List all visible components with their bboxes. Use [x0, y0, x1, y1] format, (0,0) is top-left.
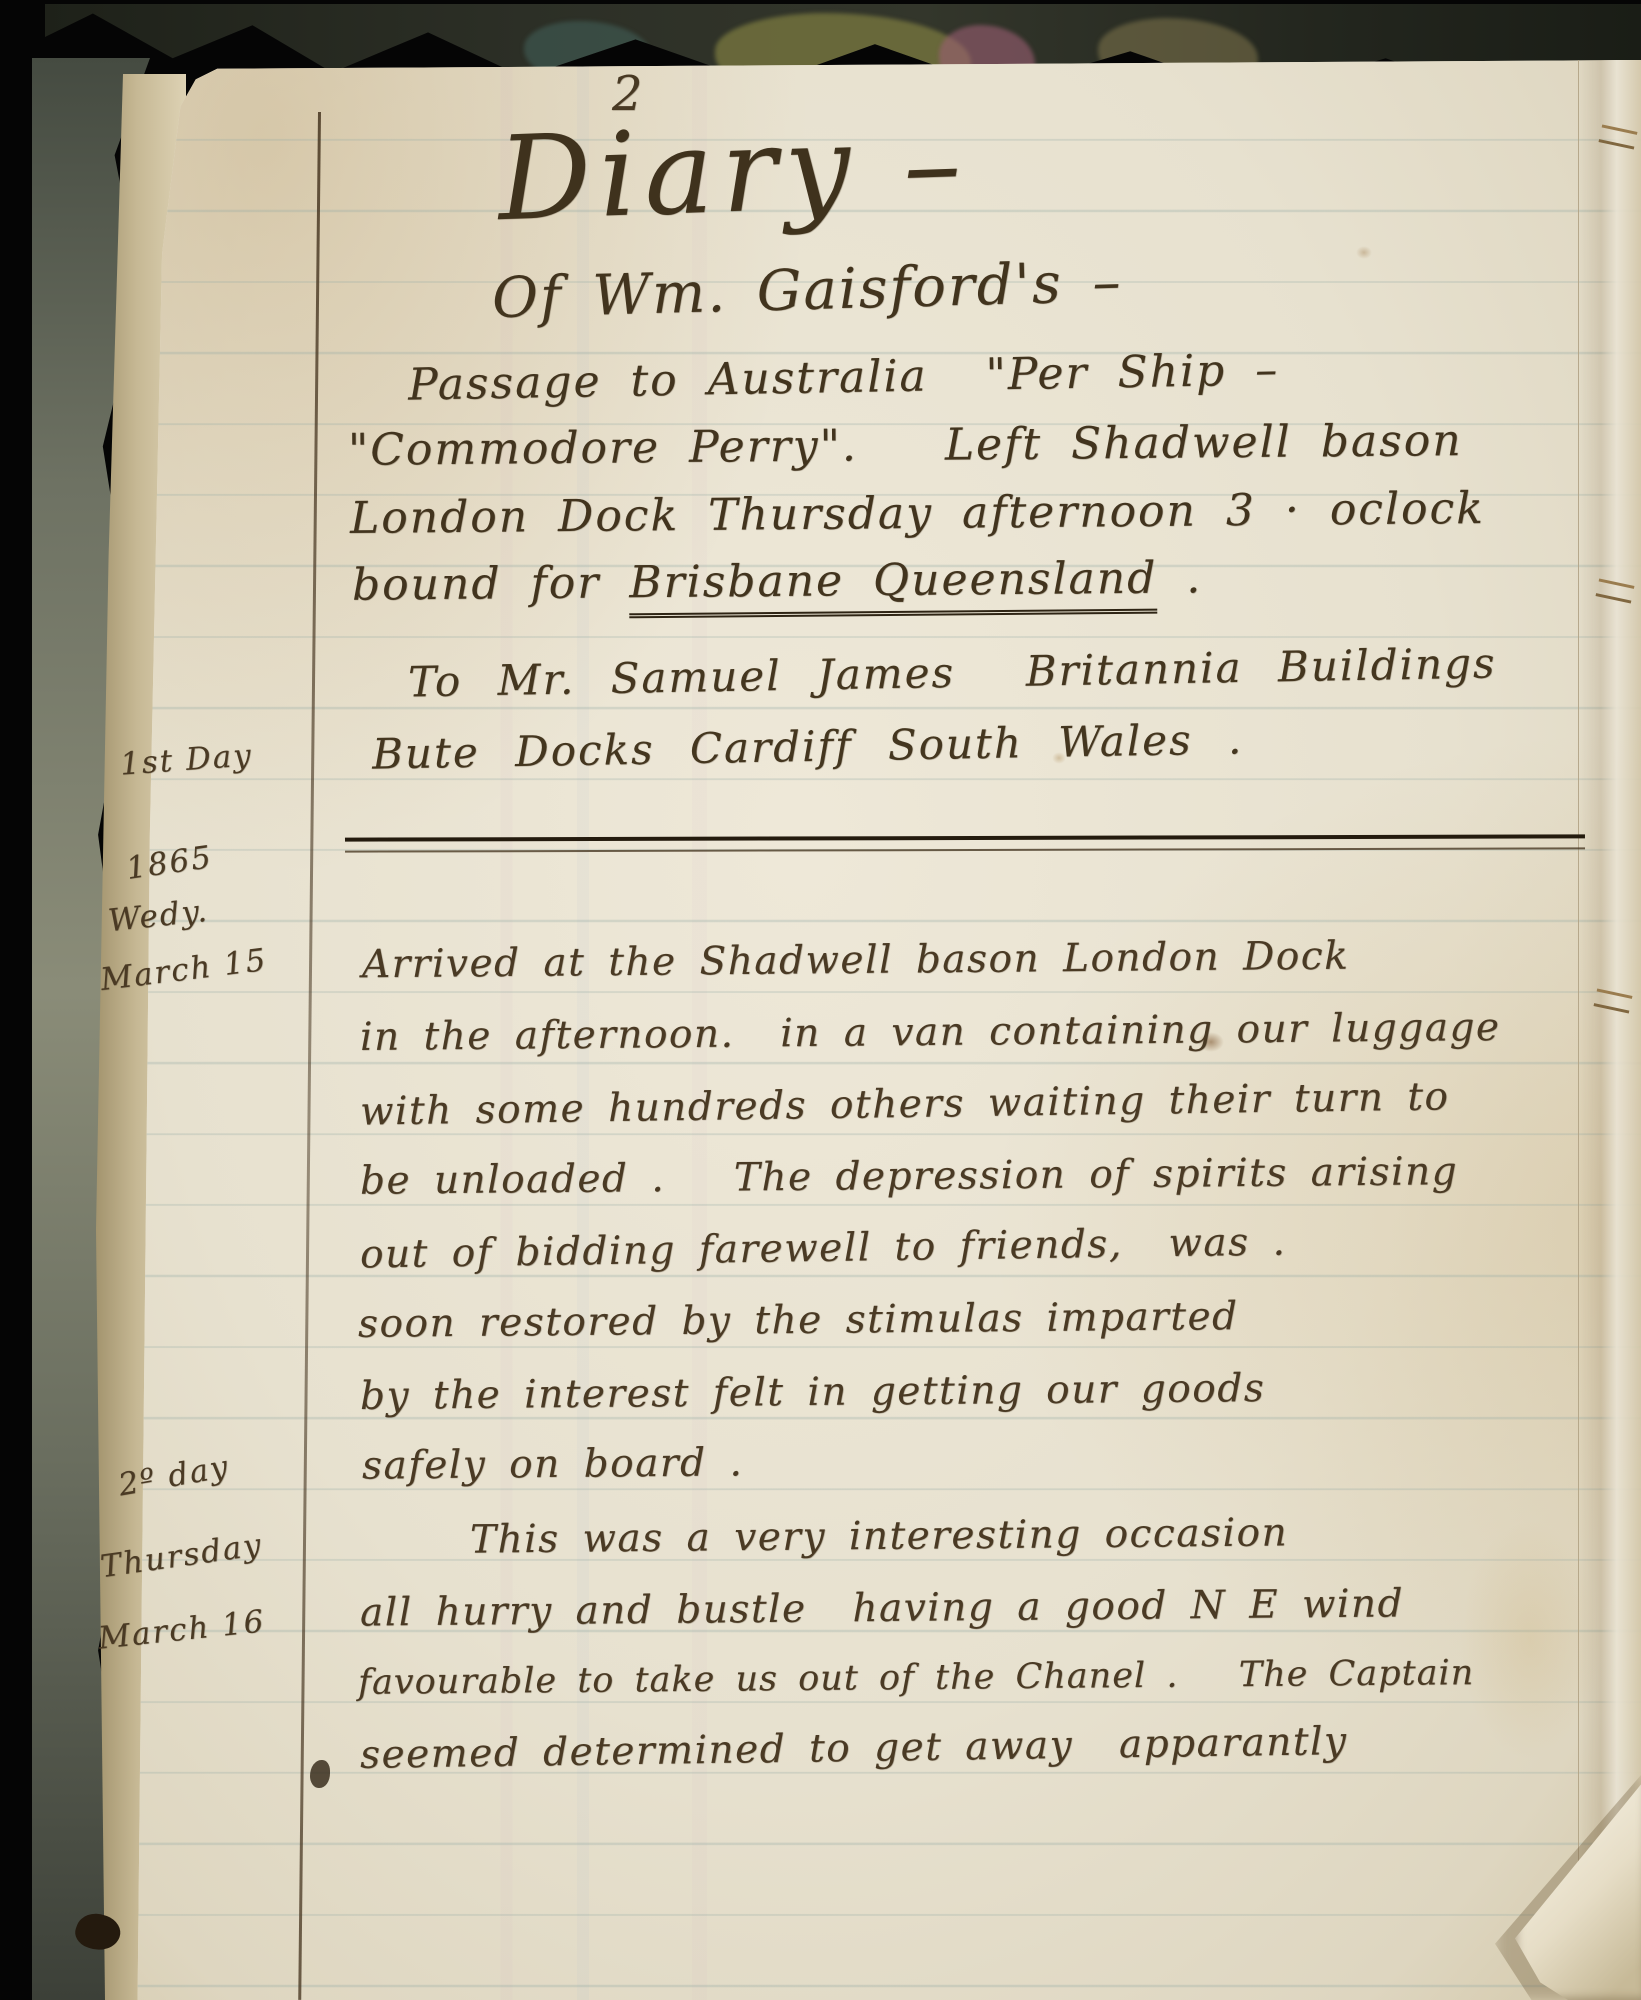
paper-stain	[1460, 1520, 1600, 1760]
intro-line: "Commodore Perry". Left Shadwell bason	[348, 415, 1463, 476]
entry1-line: Arrived at the Shadwell bason London Doc…	[362, 934, 1350, 988]
intro-line-pre: bound for	[352, 557, 630, 610]
entry1-line: safely on board .	[362, 1440, 744, 1488]
entry2-line: This was a very interesting occasion	[470, 1510, 1288, 1562]
entry1-line: by the interest felt in getting our good…	[360, 1366, 1266, 1419]
intro-line-post: .	[1157, 552, 1202, 603]
photograph-of-diary-page: 2 Diary – Of Wm. Gaisford's – Passage to…	[0, 0, 1641, 2000]
entry1-line: soon restored by the stimulas imparted	[358, 1294, 1239, 1347]
intro-line: London Dock Thursday afternoon 3 · ocloc…	[350, 483, 1485, 544]
intro-line-bound-for: bound for Brisbane Queensland .	[352, 552, 1203, 610]
entry2-line: all hurry and bustle having a good N E w…	[360, 1581, 1404, 1635]
entry1-line: be unloaded . The depression of spirits …	[360, 1149, 1458, 1204]
diary-title: Diary –	[496, 96, 972, 247]
page-gutter-edge	[1578, 60, 1641, 2000]
fox-spot	[1356, 246, 1372, 259]
destination-underlined: Brisbane Queensland	[629, 553, 1158, 619]
